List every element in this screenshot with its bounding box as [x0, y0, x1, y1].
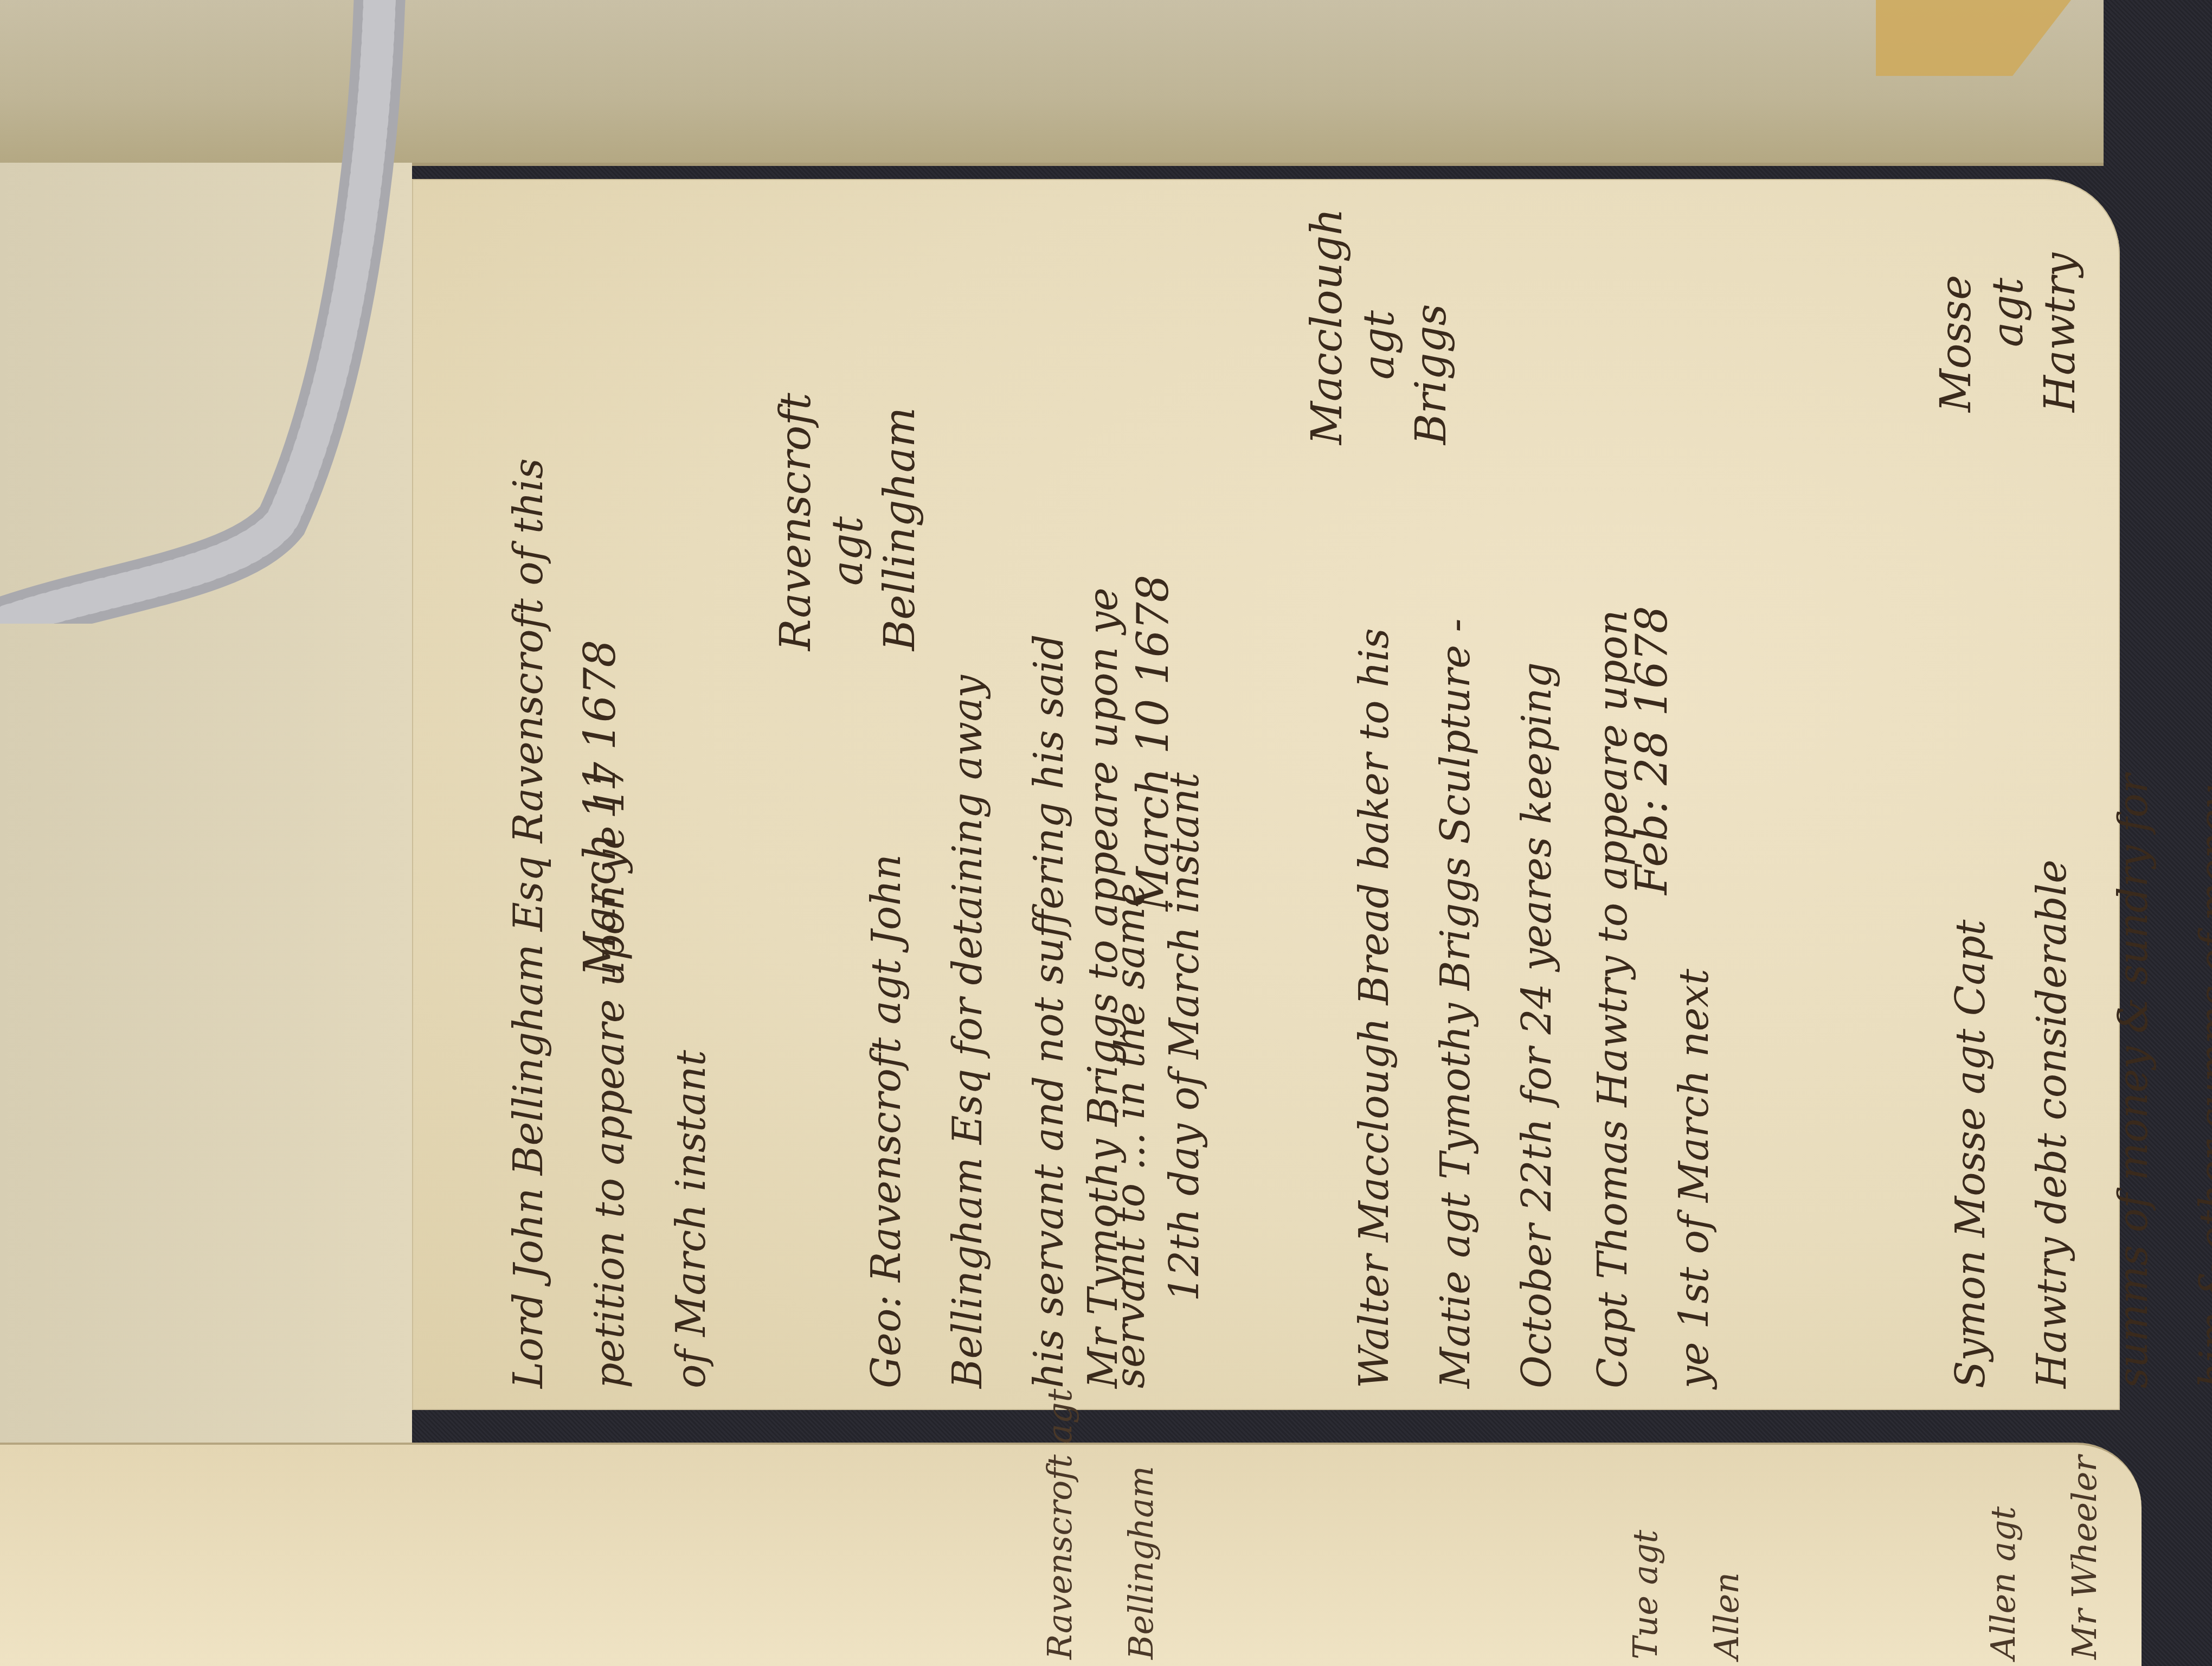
entry-1-body: Symon Mosse agt Capt Hawtry debt conside…	[1930, 603, 2212, 1388]
entry-1-margin: Mosse agt Hawtry	[1930, 253, 2086, 412]
entry-line: Walter Macclough Bread baker to his	[1334, 618, 1415, 1388]
order-line: Capt Thomas Hawtry to appeare upon	[1572, 610, 1654, 1388]
entry-line: October 22th for 24 yeares keeping	[1496, 618, 1578, 1388]
entry-2-body: Walter Macclough Bread baker to his Mati…	[1334, 618, 1578, 1388]
entry-line: him & other summs of money	[2174, 603, 2212, 1388]
entry-line: Hawtry debt considerable	[2011, 603, 2093, 1388]
order-line: Lord John Bellingham Esq Ravenscroft of …	[488, 458, 569, 1388]
facing-line: Mr Wheeler	[2044, 1456, 2125, 1659]
margin-defendant: Hawtry	[2034, 253, 2086, 412]
margin-defendant: Bellingham	[874, 393, 926, 651]
order-line: petition to appeare upon ye 17	[569, 458, 651, 1388]
margin-plaintiff: Ravenscroft	[770, 393, 822, 651]
entry-line: servant to ... in the same	[1090, 635, 1171, 1388]
entry-line: Bellingham Esq for detaining away	[927, 635, 1008, 1388]
margin-plaintiff: Macclough	[1301, 208, 1353, 445]
entry-2-margin: Macclough agt Briggs	[1301, 208, 1457, 445]
entry-line: Geo: Ravenscroft agt John	[846, 635, 927, 1388]
book-binding	[0, 0, 2104, 166]
facing-line: Tue agt	[1605, 1530, 1686, 1659]
entry-3-margin: Ravenscroft agt Bellingham	[770, 393, 926, 651]
entry-line: Symon Mosse agt Capt	[1930, 603, 2011, 1388]
order-line: of March instant	[651, 458, 732, 1388]
margin-defendant: Briggs	[1405, 208, 1457, 445]
facing-line: Ravenscroft agt	[1019, 1389, 1101, 1659]
margin-agt: agt	[822, 393, 874, 651]
entry-line: Matie agt Tymothy Briggs Sculpture -	[1415, 618, 1496, 1388]
margin-plaintiff: Mosse	[1930, 253, 1982, 412]
entry-3-order: Lord John Bellingham Esq Ravenscroft of …	[488, 458, 732, 1388]
margin-agt: agt	[1353, 208, 1405, 445]
facing-line: Bellingham	[1101, 1389, 1182, 1659]
facing-line: Allen	[1686, 1530, 1767, 1659]
left-flap	[0, 163, 412, 1666]
facing-line: Allen agt	[1963, 1456, 2044, 1659]
entry-line: his servant and not suffering his said	[1008, 635, 1090, 1388]
order-line: ye 1st of March next	[1654, 610, 1735, 1388]
facing-entry: Allen agt Mr Wheeler	[1963, 1456, 2125, 1659]
facing-entry: Tue agt Allen	[1605, 1530, 1767, 1659]
facing-entry: Ravenscroft agt Bellingham	[1019, 1389, 1182, 1659]
entry-1-order: Capt Thomas Hawtry to appeare upon ye 1s…	[1572, 610, 1735, 1388]
entry-3-body: Geo: Ravenscroft agt John Bellingham Esq…	[846, 635, 1171, 1388]
binding-tab	[1876, 0, 2071, 76]
entry-line: summs of money & sundry for	[2093, 603, 2174, 1388]
margin-agt: agt	[1982, 253, 2034, 412]
